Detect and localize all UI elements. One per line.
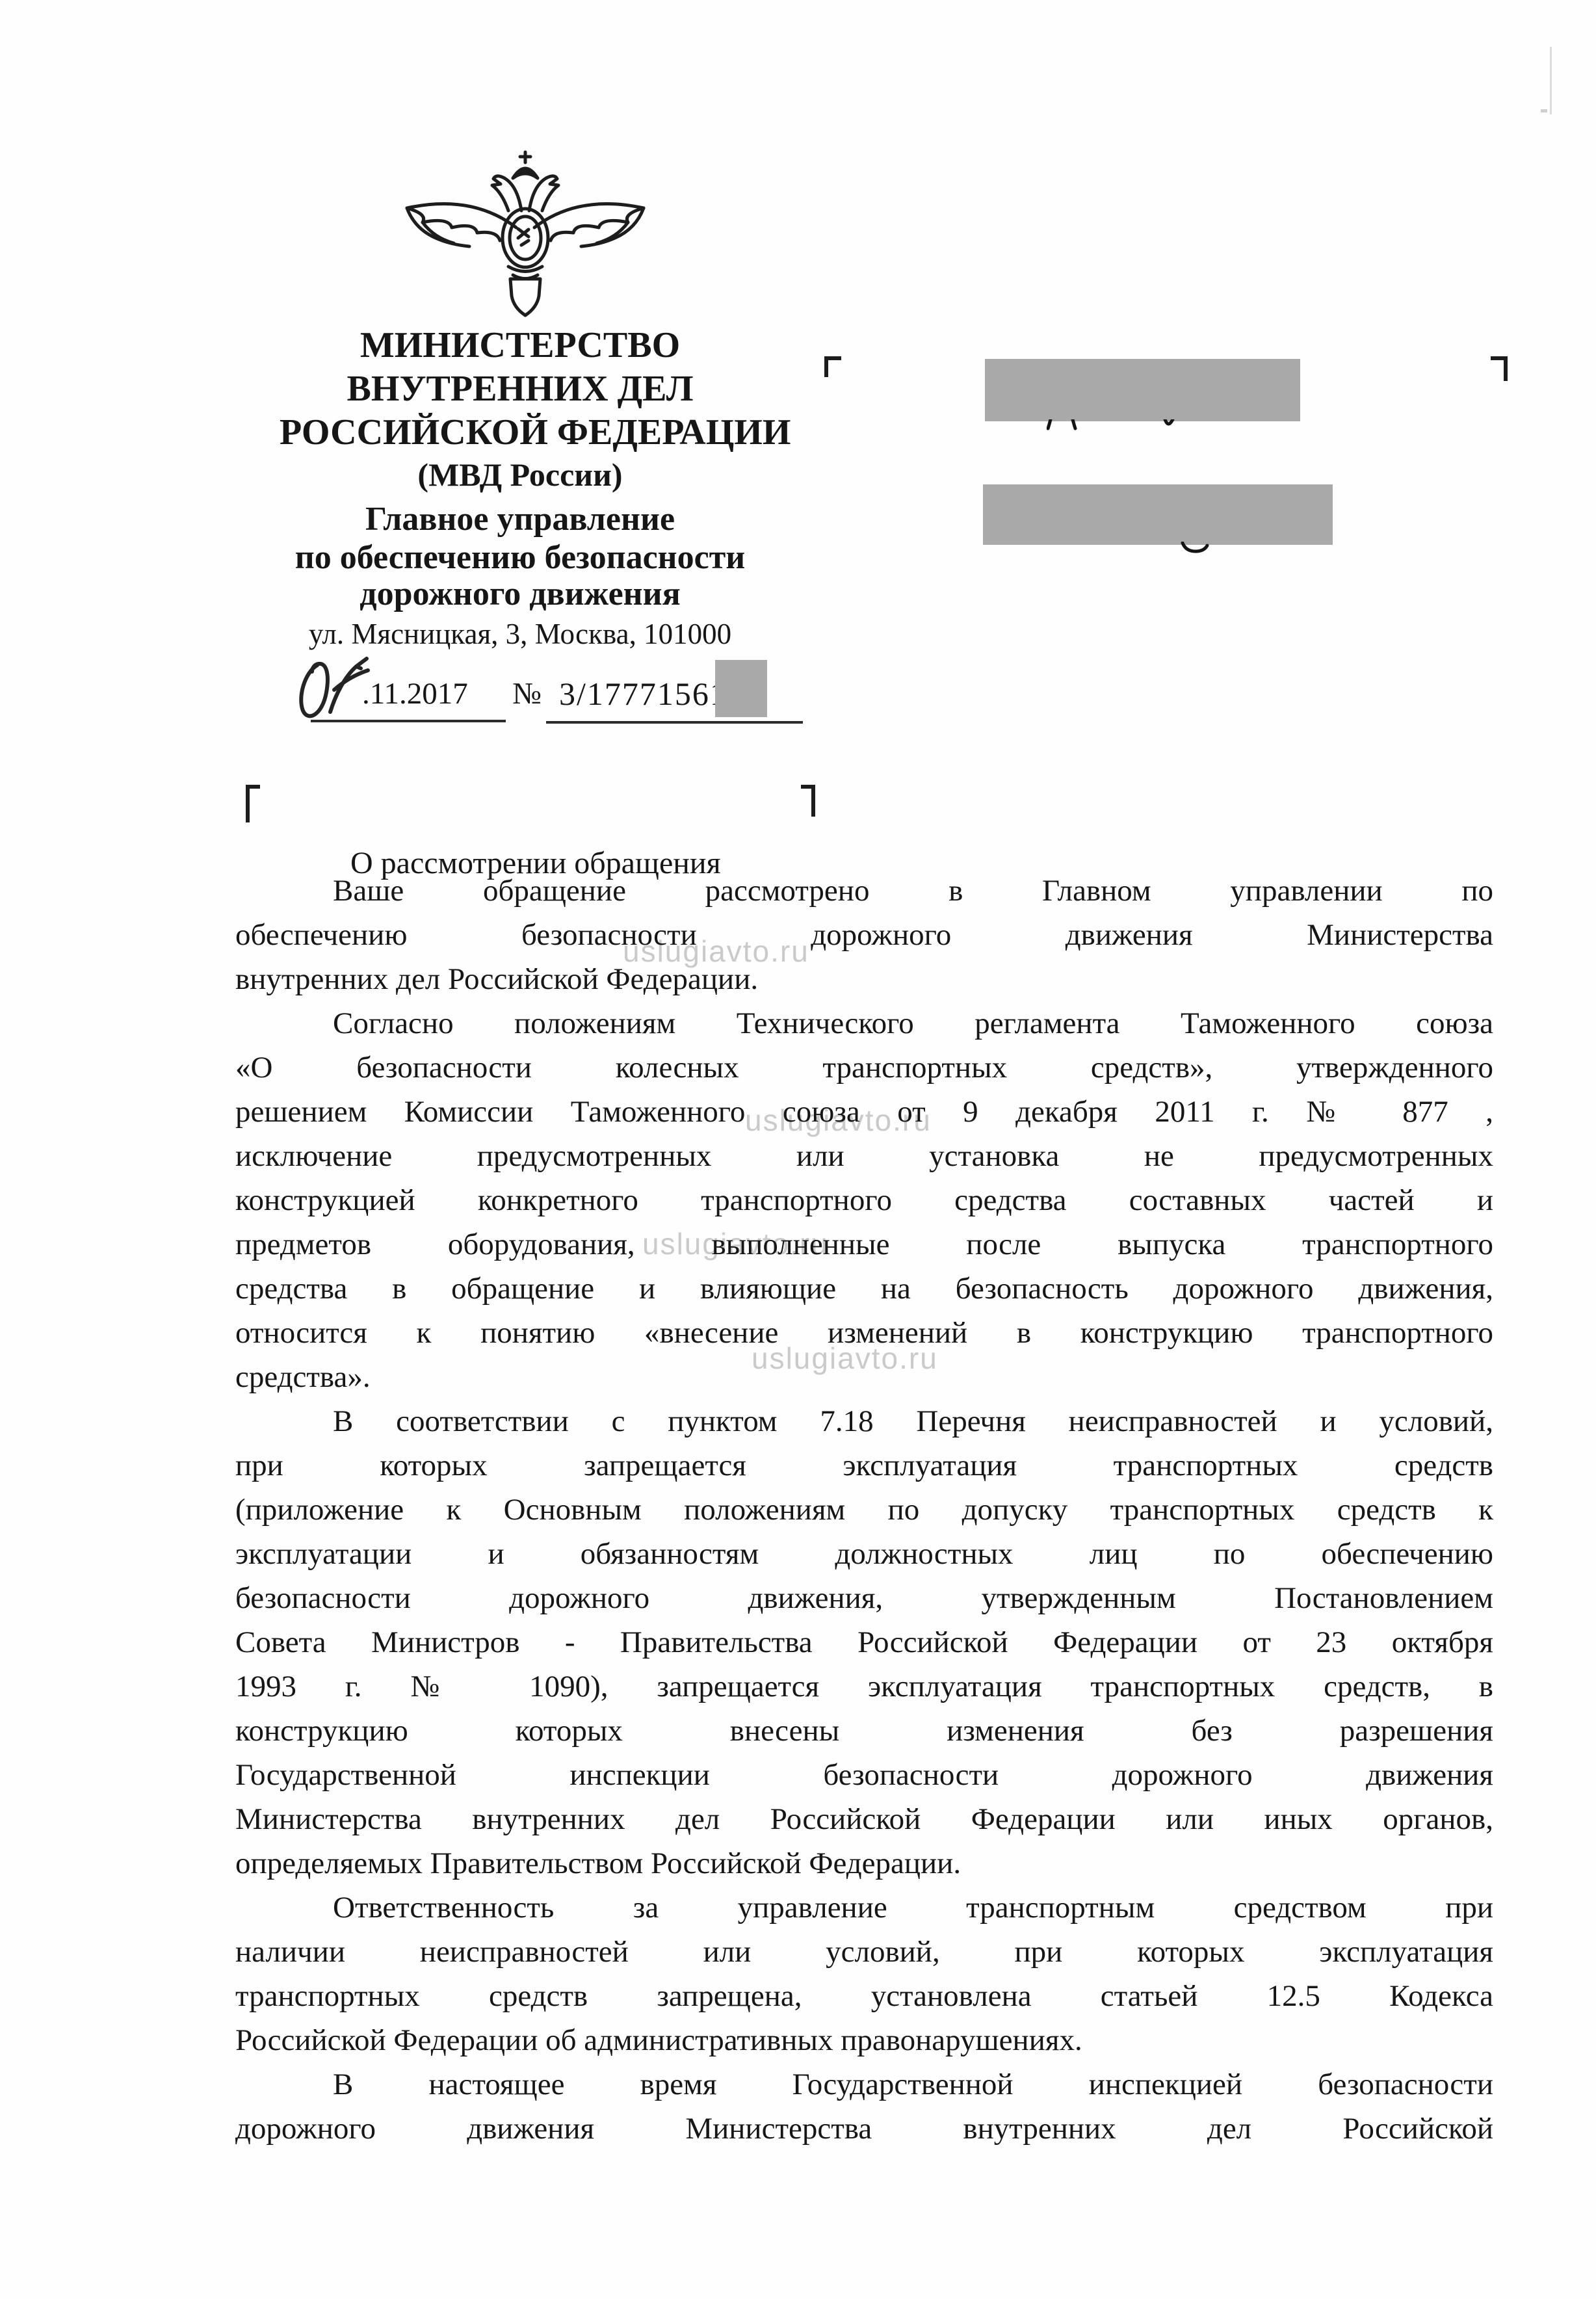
body-line: внутренних дел Российской Федерации. <box>235 957 1493 1001</box>
division-line-2: по обеспечению безопасности <box>280 540 761 576</box>
body-line: В соответствии с пунктом 7.18 Перечня не… <box>235 1399 1493 1443</box>
body-line: В настоящее время Государственной инспек… <box>235 2062 1493 2107</box>
body-line: конструкцией конкретного транспортного с… <box>235 1178 1493 1222</box>
body-line: Государственной инспекции безопасности д… <box>235 1753 1493 1797</box>
crop-corner-top-left <box>824 356 841 377</box>
body-line: 1993 г. № 1090), запрещается эксплуатаци… <box>235 1664 1493 1709</box>
org-name-line-1: МИНИСТЕРСТВО <box>280 326 761 365</box>
body-line: средства в обращение и влияющие на безоп… <box>235 1267 1493 1311</box>
number-sign: № <box>512 676 542 711</box>
number-underline <box>546 721 803 724</box>
body-line: Согласно положениям Технического регламе… <box>235 1001 1493 1045</box>
body-line: предметов оборудования, выполненные посл… <box>235 1222 1493 1267</box>
body-line: конструкцию которых внесены изменения бе… <box>235 1709 1493 1753</box>
body-line: обеспечению безопасности дорожного движе… <box>235 913 1493 957</box>
crop-corner-top-right <box>1491 356 1508 381</box>
body-line: дорожного движения Министерства внутренн… <box>235 2107 1493 2151</box>
redaction-box-number <box>715 660 767 717</box>
letter-body: Ваше обращение рассмотрено в Главном упр… <box>235 869 1493 2151</box>
body-line: решением Комиссии Таможенного союза от 9… <box>235 1090 1493 1134</box>
body-line: «О безопасности колесных транспортных ср… <box>235 1045 1493 1090</box>
crop-corner-subject-right <box>801 785 815 817</box>
crop-corner-subject-left <box>246 785 260 822</box>
redacted-text-descenders-1 <box>1047 419 1190 434</box>
division-line-1: Главное управление <box>280 502 761 538</box>
body-line: средства». <box>235 1355 1493 1399</box>
redaction-box-addressee-2 <box>983 484 1333 545</box>
body-line: исключение предусмотренных или установка… <box>235 1134 1493 1178</box>
body-line: Совета Министров - Правительства Российс… <box>235 1620 1493 1664</box>
scan-artifact-dot <box>1541 109 1547 112</box>
body-line: эксплуатации и обязанностям должностных … <box>235 1532 1493 1576</box>
org-name-line-2: ВНУТРЕННИХ ДЕЛ <box>280 370 761 408</box>
date-underline <box>311 720 506 722</box>
mvd-eagle-emblem-icon <box>389 148 662 317</box>
scan-artifact-line <box>1550 47 1552 114</box>
body-line: относится к понятию «внесение изменений … <box>235 1311 1493 1355</box>
org-short-name: (МВД России) <box>280 458 761 492</box>
letter-date: .11.2017 <box>362 676 468 711</box>
body-line: наличии неисправностей или условий, при … <box>235 1930 1493 1974</box>
body-line: Министерства внутренних дел Российской Ф… <box>235 1797 1493 1841</box>
redaction-box-addressee-1 <box>985 359 1300 421</box>
body-line: безопасности дорожного движения, утвержд… <box>235 1576 1493 1620</box>
org-name-line-3: РОССИЙСКОЙ ФЕДЕРАЦИИ <box>280 414 761 452</box>
body-line: при которых запрещается эксплуатация тра… <box>235 1443 1493 1488</box>
redacted-text-descenders-2 <box>1180 542 1212 555</box>
body-line: Российской Федерации об административных… <box>235 2018 1493 2062</box>
body-line: (приложение к Основным положениям по доп… <box>235 1488 1493 1532</box>
body-line: Ваше обращение рассмотрено в Главном упр… <box>235 869 1493 913</box>
scanned-letter-page: МИНИСТЕРСТВО ВНУТРЕННИХ ДЕЛ РОССИЙСКОЙ Ф… <box>0 0 1596 2299</box>
body-line: Ответственность за управление транспортн… <box>235 1885 1493 1930</box>
org-address: ул. Мясницкая, 3, Москва, 101000 <box>280 619 761 650</box>
body-line: определяемых Правительством Российской Ф… <box>235 1841 1493 1885</box>
division-line-3: дорожного движения <box>280 577 761 612</box>
body-line: транспортных средств запрещена, установл… <box>235 1974 1493 2018</box>
